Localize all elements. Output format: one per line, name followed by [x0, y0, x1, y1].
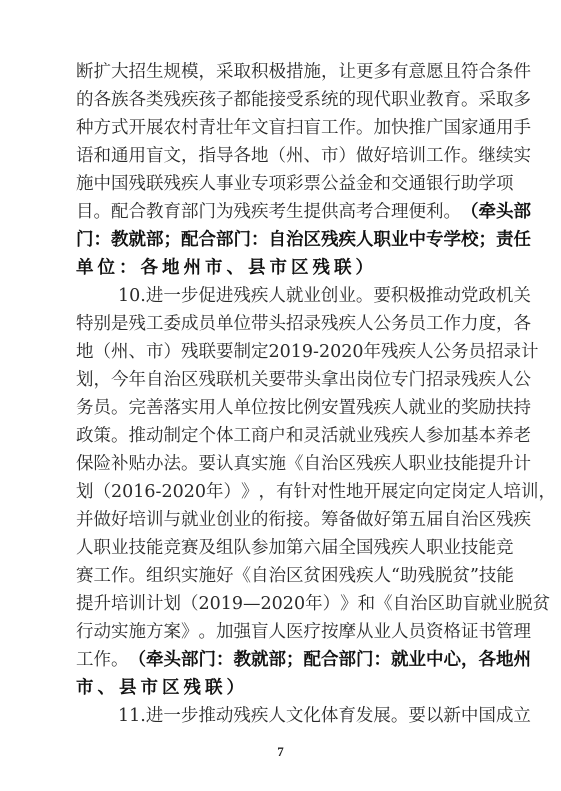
text: 工 [426, 310, 444, 338]
text: 向 [416, 478, 434, 506]
text: 工 [146, 310, 164, 338]
text: 能 [251, 86, 269, 114]
text: 治 [461, 506, 479, 534]
text: 老 [514, 422, 532, 450]
text: 作 [444, 142, 462, 170]
text: 疾 [399, 338, 417, 366]
text: 作 [94, 646, 112, 674]
text: 国 [478, 702, 496, 730]
text-line: 人职业技能竞赛及组队参加第六届全国残疾人职业技能竞 [76, 534, 490, 562]
bold-text: 部 [146, 226, 164, 254]
text: 扶 [496, 394, 514, 422]
text-line: 门：教就部；配合部门：自治区残疾人职业中专学校；责任 [76, 226, 490, 254]
text: 盲 [146, 142, 164, 170]
text: 度 [479, 310, 497, 338]
text-line: 的各族各类残疾孩子都能接受系统的现代职业教育。采取多 [76, 86, 490, 114]
text: 《 [375, 590, 393, 618]
bold-text: 心 [444, 646, 462, 674]
text: 六 [304, 534, 322, 562]
bold-text: 职 [374, 226, 392, 254]
text: 公 [321, 170, 339, 198]
text: 2019-2020 [269, 338, 364, 366]
bold-text: ） [227, 674, 249, 702]
text: 施 [269, 450, 287, 478]
text-line: 市、县市区残联） [76, 674, 490, 702]
text: 贴 [129, 450, 147, 478]
text: 目 [76, 198, 94, 226]
text: 残 [381, 338, 399, 366]
text: 教 [426, 86, 444, 114]
text: 继 [479, 142, 497, 170]
text: 做 [94, 506, 112, 534]
text: 合 [129, 198, 147, 226]
text: 方 [94, 114, 112, 142]
text: 盲 [251, 618, 269, 646]
text: 模 [181, 58, 199, 86]
text: 动 [216, 702, 234, 730]
text: 创 [216, 506, 234, 534]
text: 做 [356, 142, 374, 170]
text: 理 [391, 198, 409, 226]
text: 实 [181, 394, 199, 422]
text: 组 [146, 562, 164, 590]
text: 区 [181, 366, 199, 394]
text: 残 [199, 366, 217, 394]
text: 针 [294, 478, 312, 506]
text: 成 [496, 702, 514, 730]
text: 推 [409, 114, 427, 142]
text: 项 [269, 170, 287, 198]
text: 助 [445, 590, 463, 618]
text: 加 [216, 618, 234, 646]
text: 员 [94, 394, 112, 422]
text: 特 [76, 310, 94, 338]
text: 人 [391, 618, 409, 646]
text: 区 [428, 590, 446, 618]
bold-text: 县 [248, 254, 270, 282]
bold-text: 部 [269, 646, 287, 674]
text: 中 [461, 702, 479, 730]
text: 筹 [321, 506, 339, 534]
text: 招 [286, 310, 304, 338]
bold-text: 地 [162, 254, 184, 282]
text: 是 [111, 310, 129, 338]
text: 有 [391, 58, 409, 86]
text: 新 [443, 702, 461, 730]
text: 导 [216, 142, 234, 170]
text: 疗 [304, 618, 322, 646]
text: 市 [146, 338, 164, 366]
bold-text: 市 [205, 254, 227, 282]
text: 地 [251, 142, 269, 170]
text: 和 [286, 422, 304, 450]
bold-text: 牵 [479, 198, 497, 226]
text: 好 [111, 506, 129, 534]
text: 能 [496, 562, 514, 590]
text: 组 [216, 534, 234, 562]
text: 贫 [533, 590, 551, 618]
text: 发 [356, 702, 374, 730]
text: 工 [426, 142, 444, 170]
text: 代 [374, 86, 392, 114]
text: 员 [409, 310, 427, 338]
text: 为 [216, 198, 234, 226]
text: 及 [199, 534, 217, 562]
text: 扫 [286, 114, 304, 142]
text: 条 [496, 58, 514, 86]
bold-text: 县 [119, 674, 141, 702]
text: ） [224, 478, 242, 506]
text: 定 [469, 478, 487, 506]
text: 带 [286, 366, 304, 394]
text: 格 [444, 618, 462, 646]
text-line: 种方式开展农村青壮年文盲扫盲工作。加快推广国家通用手 [76, 114, 490, 142]
text: 10. [118, 282, 146, 310]
text: 市 [321, 142, 339, 170]
text: 真 [234, 450, 252, 478]
text: 育 [444, 86, 462, 114]
bold-text: 门 [76, 226, 94, 254]
text: 青 [199, 114, 217, 142]
text: 人 [374, 562, 392, 590]
text: 位 [374, 366, 392, 394]
text: 。 [356, 114, 374, 142]
text-line: 单位：各地州市、县市区残联） [76, 254, 490, 282]
text: 。 [461, 86, 479, 114]
text: 织 [164, 562, 182, 590]
bold-text: 就 [391, 646, 409, 674]
text: 策 [94, 422, 112, 450]
text: 学 [479, 170, 497, 198]
text: （ [94, 338, 112, 366]
text: 疾 [251, 198, 269, 226]
text: 残 [461, 366, 479, 394]
bold-text: 学 [444, 226, 462, 254]
text: 残 [339, 562, 357, 590]
text: 例 [304, 394, 322, 422]
text: 的 [76, 86, 94, 114]
text: 竞 [496, 534, 514, 562]
text: 残 [164, 170, 182, 198]
text-line: 目。配合教育部门为残疾考生提供高考合理便利。（牵头部 [76, 198, 490, 226]
text: 衔 [269, 506, 287, 534]
text: 各 [234, 142, 252, 170]
bold-text: ； [286, 646, 304, 674]
text: 的 [251, 506, 269, 534]
text: 立 [513, 702, 531, 730]
text: 要 [269, 366, 287, 394]
text: 》 [181, 618, 199, 646]
text: 第 [286, 534, 304, 562]
text: 人 [356, 310, 374, 338]
text: 制 [164, 422, 182, 450]
bold-text: ； [164, 226, 182, 254]
bold-text: 合 [199, 226, 217, 254]
text: 专 [391, 366, 409, 394]
text: 业 [444, 534, 462, 562]
bold-text: 任 [514, 226, 532, 254]
text: 生 [286, 198, 304, 226]
text: 。 [444, 198, 462, 226]
text: 区 [479, 506, 497, 534]
bold-text: ： [94, 226, 112, 254]
text: 人 [409, 534, 427, 562]
text: 进 [146, 702, 164, 730]
text: 彩 [286, 170, 304, 198]
text: 录 [444, 366, 462, 394]
text: 参 [251, 534, 269, 562]
text: 善 [146, 394, 164, 422]
text: 务 [451, 338, 469, 366]
text: （ [269, 142, 287, 170]
text: 就 [480, 590, 498, 618]
bold-text: ： [119, 254, 141, 282]
bold-text: 牵 [146, 646, 164, 674]
text: 大 [111, 58, 129, 86]
bold-text: 人 [356, 226, 374, 254]
text: 配 [111, 198, 129, 226]
text: 更 [356, 58, 374, 86]
text: 残 [233, 282, 251, 310]
text: 人 [416, 338, 434, 366]
text: ， [181, 142, 199, 170]
text: 单 [216, 310, 234, 338]
text: 。 [356, 282, 374, 310]
text: 疾 [181, 170, 199, 198]
text: 岗 [356, 366, 374, 394]
text: 展 [146, 114, 164, 142]
bold-text: 位 [98, 254, 120, 282]
bold-text: 各 [479, 646, 497, 674]
text: 自 [251, 562, 269, 590]
text: 能 [479, 534, 497, 562]
text: 接 [269, 86, 287, 114]
text: 通 [409, 170, 427, 198]
text: 队 [234, 534, 252, 562]
text: 拿 [321, 366, 339, 394]
text: 就 [409, 394, 427, 422]
text: 疾 [251, 702, 269, 730]
bold-text: 残 [184, 674, 206, 702]
text: 技 [479, 562, 497, 590]
text: 2016-2020 [111, 478, 206, 506]
text: 培 [391, 142, 409, 170]
text: 力 [461, 310, 479, 338]
text: 益 [339, 170, 357, 198]
text: 文 [286, 702, 304, 730]
text: 动 [443, 282, 461, 310]
bold-text: 责 [496, 226, 514, 254]
text: ） [339, 142, 357, 170]
text: 专 [251, 170, 269, 198]
text: 联 [216, 366, 234, 394]
bold-text: 门 [356, 646, 374, 674]
text-line: 施中国残联残疾人事业专项彩票公益金和交通银行助学项 [76, 170, 490, 198]
text-line: 保险补贴办法。要认真实施《自治区残疾人职业技能提升计 [76, 450, 490, 478]
bold-text: 区 [304, 226, 322, 254]
text: 头 [304, 366, 322, 394]
text: 职 [426, 534, 444, 562]
text: 定 [251, 338, 269, 366]
text: 区 [339, 450, 357, 478]
text: 困 [321, 562, 339, 590]
text: 。 [304, 506, 322, 534]
text: 机 [496, 282, 514, 310]
text: 都 [234, 86, 252, 114]
text: 育 [338, 702, 356, 730]
text: 合 [374, 198, 392, 226]
bold-text: 业 [409, 646, 427, 674]
bold-text: 合 [321, 646, 339, 674]
text: 员 [199, 310, 217, 338]
bold-text: （ [461, 198, 479, 226]
text: 提 [304, 198, 322, 226]
text: 治 [269, 562, 287, 590]
text: 体 [216, 422, 234, 450]
text: 训 [129, 590, 147, 618]
text: 参 [426, 422, 444, 450]
text: 疾 [181, 86, 199, 114]
text: 位 [251, 394, 269, 422]
text: 好 [374, 142, 392, 170]
text: 年 [206, 478, 224, 506]
text: 实 [111, 618, 129, 646]
text: 化 [303, 702, 321, 730]
page-number: 7 [0, 744, 561, 760]
text: 贫 [304, 562, 322, 590]
text: 推 [129, 422, 147, 450]
text-line: 政策。推动制定个体工商户和灵活就业残疾人参加基本养老 [76, 422, 490, 450]
text: 部 [181, 198, 199, 226]
text: 招 [129, 58, 147, 86]
text: 务 [76, 394, 94, 422]
text: 《 [286, 450, 304, 478]
text: 要 [373, 282, 391, 310]
bold-text: 专 [426, 226, 444, 254]
text: 开 [129, 114, 147, 142]
text: 培 [129, 506, 147, 534]
text: 业 [303, 282, 321, 310]
bold-text: 部 [339, 646, 357, 674]
text: 式 [111, 114, 129, 142]
text: 岗 [451, 478, 469, 506]
bold-text: （ [129, 646, 147, 674]
text: 用 [496, 114, 514, 142]
text: 单 [234, 394, 252, 422]
text: 残 [164, 86, 182, 114]
text: 。 [199, 618, 217, 646]
text: 采 [216, 58, 234, 86]
text: 作 [339, 114, 357, 142]
text: 备 [339, 506, 357, 534]
text: 自 [304, 450, 322, 478]
text: 的 [339, 86, 357, 114]
text-line: 划（2016-2020年）》，有针对性地开展定向定岗定人培训， [76, 478, 490, 506]
text-line: 地（州、市）残联要制定2019-2020年残疾人公务员招录计 [76, 338, 490, 366]
bold-text: 配 [304, 646, 322, 674]
text: 书 [479, 618, 497, 646]
bold-text: ， [461, 646, 479, 674]
text: 受 [286, 86, 304, 114]
text: 孩 [199, 86, 217, 114]
text: 出 [339, 366, 357, 394]
text: 业 [111, 534, 129, 562]
text: 符 [461, 58, 479, 86]
text: 成 [181, 310, 199, 338]
bold-text: 配 [181, 226, 199, 254]
text: 中 [94, 170, 112, 198]
bold-text: 、 [98, 674, 120, 702]
bold-text: 教 [111, 226, 129, 254]
text: 系 [304, 86, 322, 114]
text: 公 [374, 310, 392, 338]
text: 脱 [515, 590, 533, 618]
text: 员 [409, 618, 427, 646]
text: 励 [479, 394, 497, 422]
text: 残 [417, 562, 435, 590]
text: 人 [496, 366, 514, 394]
text: 语 [76, 142, 94, 170]
bold-text: 就 [251, 646, 269, 674]
text-line: 并做好培训与就业创业的衔接。筹备做好第五届自治区残疾 [76, 506, 490, 534]
text: 考 [269, 198, 287, 226]
text: 助 [461, 170, 479, 198]
text: （ [181, 590, 199, 618]
text: 安 [321, 394, 339, 422]
text-line: 11.进一步推动残疾人文化体育发展。要以新中国成立 [76, 702, 490, 730]
text: 头 [269, 310, 287, 338]
text: 。 [461, 142, 479, 170]
text: 通 [479, 114, 497, 142]
text: 采 [479, 86, 497, 114]
text: 施 [199, 562, 217, 590]
text: 、 [129, 338, 147, 366]
text: 贫 [452, 562, 470, 590]
text: 公 [434, 338, 452, 366]
text: 训 [409, 142, 427, 170]
text: 全 [339, 534, 357, 562]
text: 扩 [94, 58, 112, 86]
text: 文 [251, 114, 269, 142]
text: 业 [199, 506, 217, 534]
text: 残 [374, 534, 392, 562]
text: 残 [496, 506, 514, 534]
text: 规 [164, 58, 182, 86]
bold-text: 部 [514, 198, 532, 226]
text: 多 [514, 86, 532, 114]
text: 强 [234, 618, 252, 646]
text: 户 [269, 422, 287, 450]
text: 施 [304, 58, 322, 86]
text: 盲 [304, 114, 322, 142]
text: 党 [461, 282, 479, 310]
text: 录 [304, 310, 322, 338]
text: 通 [111, 142, 129, 170]
text: 自 [146, 366, 164, 394]
text: 票 [304, 170, 322, 198]
text: 制 [234, 338, 252, 366]
text: 用 [129, 142, 147, 170]
bold-text: 残 [313, 254, 335, 282]
text: 年 [364, 338, 382, 366]
text: 录 [504, 338, 522, 366]
text: 积 [251, 58, 269, 86]
text: 做 [356, 506, 374, 534]
text: ） [323, 590, 341, 618]
text-line: 行动实施方案》。加强盲人医疗按摩从业人员资格证书管理 [76, 618, 490, 646]
text: 。 [111, 422, 129, 450]
text: 且 [444, 58, 462, 86]
